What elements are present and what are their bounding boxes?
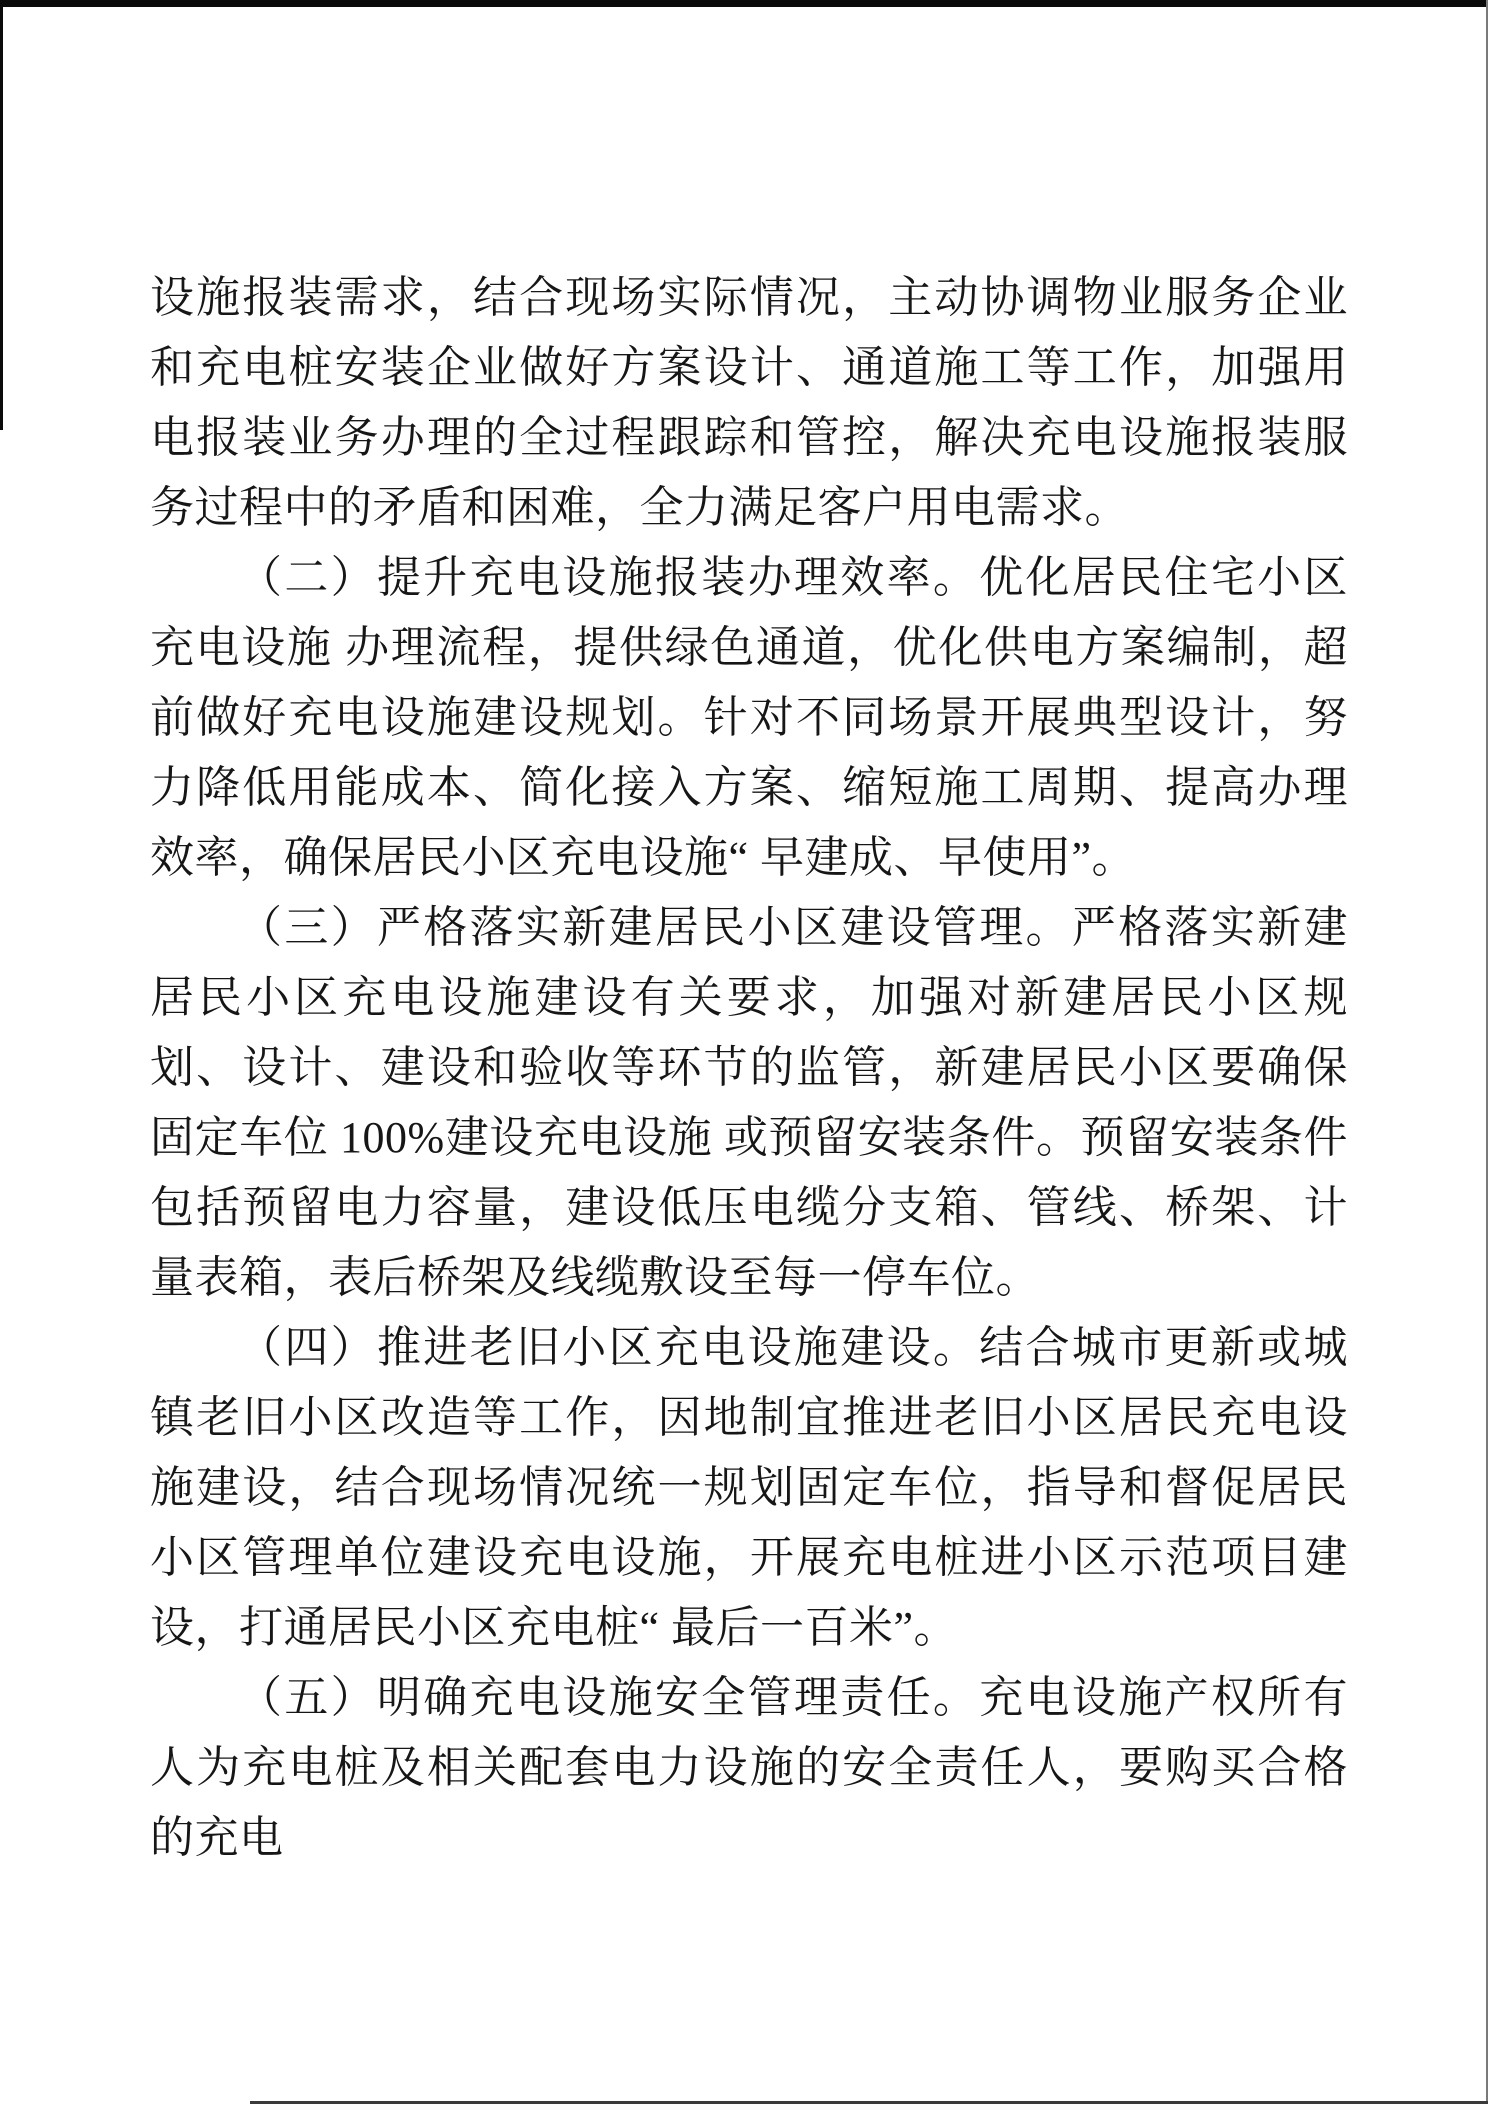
scan-edge-left xyxy=(0,0,3,430)
paragraph-item-5: （五）明确充电设施安全管理责任。充电设施产权所有人为充电桩及相关配套电力设施的安… xyxy=(150,1663,1348,1873)
document-page: 设施报装需求，结合现场实际情况，主动协调物业服务企业和充电桩安装企业做好方案设计… xyxy=(0,0,1488,2104)
paragraph-item-2: （二）提升充电设施报装办理效率。优化居民住宅小区充电设施 办理流程，提供绿色通道… xyxy=(150,543,1348,893)
paragraph-continuation: 设施报装需求，结合现场实际情况，主动协调物业服务企业和充电桩安装企业做好方案设计… xyxy=(150,263,1348,543)
paragraph-item-4: （四）推进老旧小区充电设施建设。结合城市更新或城镇老旧小区改造等工作，因地制宜推… xyxy=(150,1313,1348,1663)
document-text-block: 设施报装需求，结合现场实际情况，主动协调物业服务企业和充电桩安装企业做好方案设计… xyxy=(150,263,1348,1873)
paragraph-item-3: （三）严格落实新建居民小区建设管理。严格落实新建居民小区充电设施建设有关要求，加… xyxy=(150,893,1348,1313)
scan-edge-top xyxy=(0,0,1488,7)
